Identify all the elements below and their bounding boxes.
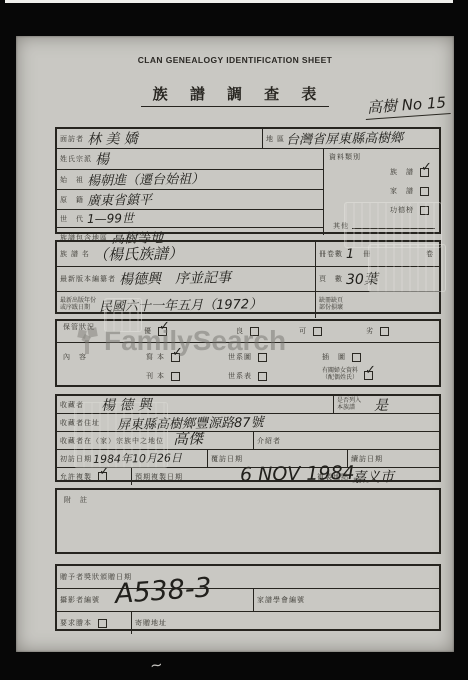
- publication-year-label: 最新出版年份 或序跋日期: [57, 297, 99, 313]
- table-condition-content: 保管狀況 優 ✓ 良 可 劣 內 容 寫 本 ✓: [55, 319, 441, 387]
- pages-value: 30葉: [346, 268, 378, 289]
- notes-label: 附 註: [61, 494, 91, 506]
- category-merit-board-label: 功德榜: [387, 204, 417, 216]
- holder-label: 收藏者: [57, 399, 87, 411]
- mailing-address-label: 寄贈地址: [132, 617, 170, 629]
- condition-fair-label: 可: [296, 325, 310, 337]
- holder-value: 楊 德 興: [101, 394, 152, 415]
- interviewee-value: 林 美 嬌: [87, 128, 138, 149]
- missing-damaged-label: 缺冊缺頁 部份損壞: [316, 297, 346, 313]
- condition-poor-label: 劣: [363, 325, 377, 337]
- request-transcript-checkbox: [98, 619, 107, 628]
- condition-fair-checkbox: [313, 327, 322, 336]
- region-value: 台灣省屏東縣高樹鄉: [286, 127, 403, 148]
- category-clan-genealogy-label: 族 譜: [387, 166, 417, 178]
- content-pedigree-chart-checkbox: [258, 353, 267, 362]
- content-women-info-checkbox: ✓: [364, 371, 373, 380]
- content-pedigree-table-checkbox: [258, 372, 267, 381]
- table-publication: 族 譜 名 （楊氏族譜） 冊卷數 1 冊 卷 最新版本編纂者 楊德興 序並記事 …: [55, 240, 441, 314]
- condition-good-label: 良: [233, 325, 247, 337]
- chinese-title-text: 族 譜 調 查 表: [141, 86, 330, 107]
- surname-lineage-value: 楊: [95, 149, 109, 169]
- content-pedigree-table-label: 世系表: [225, 370, 255, 382]
- content-manuscript-checkbox: ✓: [171, 353, 180, 362]
- category-family-genealogy-checkbox: [420, 187, 429, 196]
- condition-excellent-checkbox: ✓: [158, 327, 167, 336]
- condition-excellent-label: 優: [141, 325, 155, 337]
- volumes-label: 冊卷數: [316, 248, 346, 260]
- condition-label: 保管狀況: [60, 321, 98, 342]
- photographer-code-label: 攝影者編號: [57, 594, 103, 606]
- content-printed-checkbox: [171, 372, 180, 381]
- expected-copy-date-value: 6 NOV 1984: [240, 462, 355, 486]
- content-illustrations-checkbox: [352, 353, 361, 362]
- original-domicile-label: 原 籍: [57, 194, 87, 206]
- holder-position-label: 收藏者在（家）宗族中之地位: [57, 435, 167, 447]
- request-transcript-label: 要求謄本: [57, 617, 95, 629]
- publication-year-value: 民國六十一年五月（1972）: [99, 293, 262, 315]
- volumes-unit2-label: 卷: [423, 248, 437, 260]
- english-title: CLAN GENEALOGY IDENTIFICATION SHEET: [16, 55, 454, 65]
- condition-poor-checkbox: [380, 327, 389, 336]
- surname-lineage-label: 姓氏宗派: [57, 153, 95, 165]
- copy-place-value: 嘉义市: [352, 466, 394, 487]
- volumes-unit1-label: 冊: [360, 248, 374, 260]
- scan-top-strip: [5, 0, 453, 3]
- check-mark: ✓: [421, 161, 432, 174]
- scan-artifact-mark: ∼: [149, 655, 164, 675]
- data-category-label: 資料類別: [326, 151, 364, 163]
- society-number-label: 家譜學會編號: [254, 594, 308, 606]
- category-merit-board-checkbox: [420, 206, 429, 215]
- expected-copy-date-label: 預期複製日期: [132, 471, 186, 483]
- holder-address-label: 收藏者住址: [57, 417, 103, 429]
- genealogy-title-label: 族 譜 名: [57, 248, 93, 260]
- original-domicile-value: 廣東省鎮平: [87, 189, 152, 209]
- content-label: 內 容: [60, 351, 90, 388]
- copy-permission-label: 允許複製: [57, 471, 95, 483]
- generations-label: 世 代: [57, 213, 87, 225]
- region-label: 地 區: [263, 133, 288, 145]
- content-women-info-label: 有關婦女資料 （配偶姓氏）: [319, 367, 361, 383]
- pages-label: 頁 數: [316, 273, 346, 285]
- content-manuscript-label: 寫 本: [143, 351, 168, 363]
- handwritten-page-ref: 高樹 No 15: [364, 91, 450, 120]
- notes-box: 附 註: [55, 488, 441, 554]
- category-family-genealogy-label: 家 譜: [387, 185, 417, 197]
- introducer-label: 介紹者: [254, 435, 284, 447]
- table-identification: 面訪者 林 美 嬌 地 區 台灣省屏東縣高樹鄉 姓氏宗派 楊 始 祖 楊朝進（遷…: [55, 127, 441, 234]
- latest-compiler-label: 最新版本編纂者: [57, 273, 119, 285]
- first-ancestor-value: 楊朝進（遷台始祖）: [87, 168, 204, 189]
- table-admin: 贈予者獎狀頒贈日期 攝影者編號 A538-3 家譜學會編號 要求謄本 寄贈地址: [55, 564, 441, 631]
- interviewee-label: 面訪者: [57, 133, 87, 145]
- photographer-code-value: A538-3: [114, 572, 213, 610]
- copy-permission-checkbox: ✓: [98, 472, 107, 481]
- condition-good-checkbox: [250, 327, 259, 336]
- category-clan-genealogy-checkbox: ✓: [420, 168, 429, 177]
- latest-compiler-value: 楊德興 序並記事: [119, 267, 231, 289]
- holder-position-value: 高傑: [173, 427, 203, 449]
- content-pedigree-chart-label: 世系圖: [225, 351, 255, 363]
- content-illustrations-label: 插 圖: [319, 351, 349, 363]
- table-holder: 收藏者 楊 德 興 是否列入 本族譜 是 收藏者住址 屏東縣高樹鄉豐源路87號 …: [55, 394, 441, 482]
- listed-in-genealogy-label: 是否列入 本族譜: [334, 397, 364, 413]
- listed-in-genealogy-value: 是: [374, 394, 388, 414]
- genealogy-title-value: （楊氏族譜）: [93, 242, 183, 265]
- category-other-label: 其他: [330, 220, 352, 232]
- content-printed-label: 刊 本: [143, 370, 168, 382]
- document-page: CLAN GENEALOGY IDENTIFICATION SHEET 族 譜 …: [16, 36, 454, 652]
- generations-value: 1—99世: [87, 209, 134, 227]
- revisit-label: 覆訪日期: [208, 453, 246, 465]
- other-blank-line: [352, 228, 435, 229]
- first-visit-label: 初訪日期: [57, 453, 95, 465]
- first-ancestor-label: 始 祖: [57, 174, 87, 186]
- volumes-value: 1: [346, 246, 355, 261]
